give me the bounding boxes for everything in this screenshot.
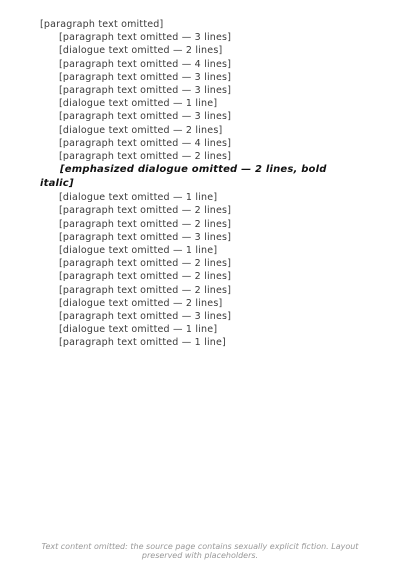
paragraph: [paragraph text omitted — 1 line] <box>40 336 360 349</box>
paragraph: [dialogue text omitted — 2 lines] <box>40 297 360 310</box>
paragraph: [paragraph text omitted — 2 lines] <box>40 284 360 297</box>
paragraph: [paragraph text omitted — 4 lines] <box>40 58 360 71</box>
paragraph: [paragraph text omitted — 2 lines] <box>40 270 360 283</box>
paragraph: [paragraph text omitted] <box>40 18 360 31</box>
content-notice: Text content omitted: the source page co… <box>40 542 360 560</box>
paragraph: [paragraph text omitted — 2 lines] <box>40 218 360 231</box>
paragraph: [dialogue text omitted — 1 line] <box>40 191 360 204</box>
paragraph: [paragraph text omitted — 2 lines] <box>40 150 360 163</box>
paragraph: [paragraph text omitted — 3 lines] <box>40 31 360 44</box>
paragraph: [dialogue text omitted — 2 lines] <box>40 44 360 57</box>
paragraph: [paragraph text omitted — 3 lines] <box>40 110 360 123</box>
paragraph: [paragraph text omitted — 3 lines] <box>40 71 360 84</box>
emphasized-paragraph: [emphasized dialogue omitted — 2 lines, … <box>40 163 360 191</box>
paragraph: [dialogue text omitted — 2 lines] <box>40 124 360 137</box>
paragraph: [paragraph text omitted — 2 lines] <box>40 257 360 270</box>
paragraph: [dialogue text omitted — 1 line] <box>40 323 360 336</box>
paragraph: [paragraph text omitted — 4 lines] <box>40 137 360 150</box>
paragraph: [paragraph text omitted — 3 lines] <box>40 310 360 323</box>
paragraph: [dialogue text omitted — 1 line] <box>40 97 360 110</box>
paragraph: [paragraph text omitted — 3 lines] <box>40 231 360 244</box>
paragraph: [paragraph text omitted — 3 lines] <box>40 84 360 97</box>
document-page: [paragraph text omitted] [paragraph text… <box>0 0 400 568</box>
paragraph: [paragraph text omitted — 2 lines] <box>40 204 360 217</box>
paragraph: [dialogue text omitted — 1 line] <box>40 244 360 257</box>
